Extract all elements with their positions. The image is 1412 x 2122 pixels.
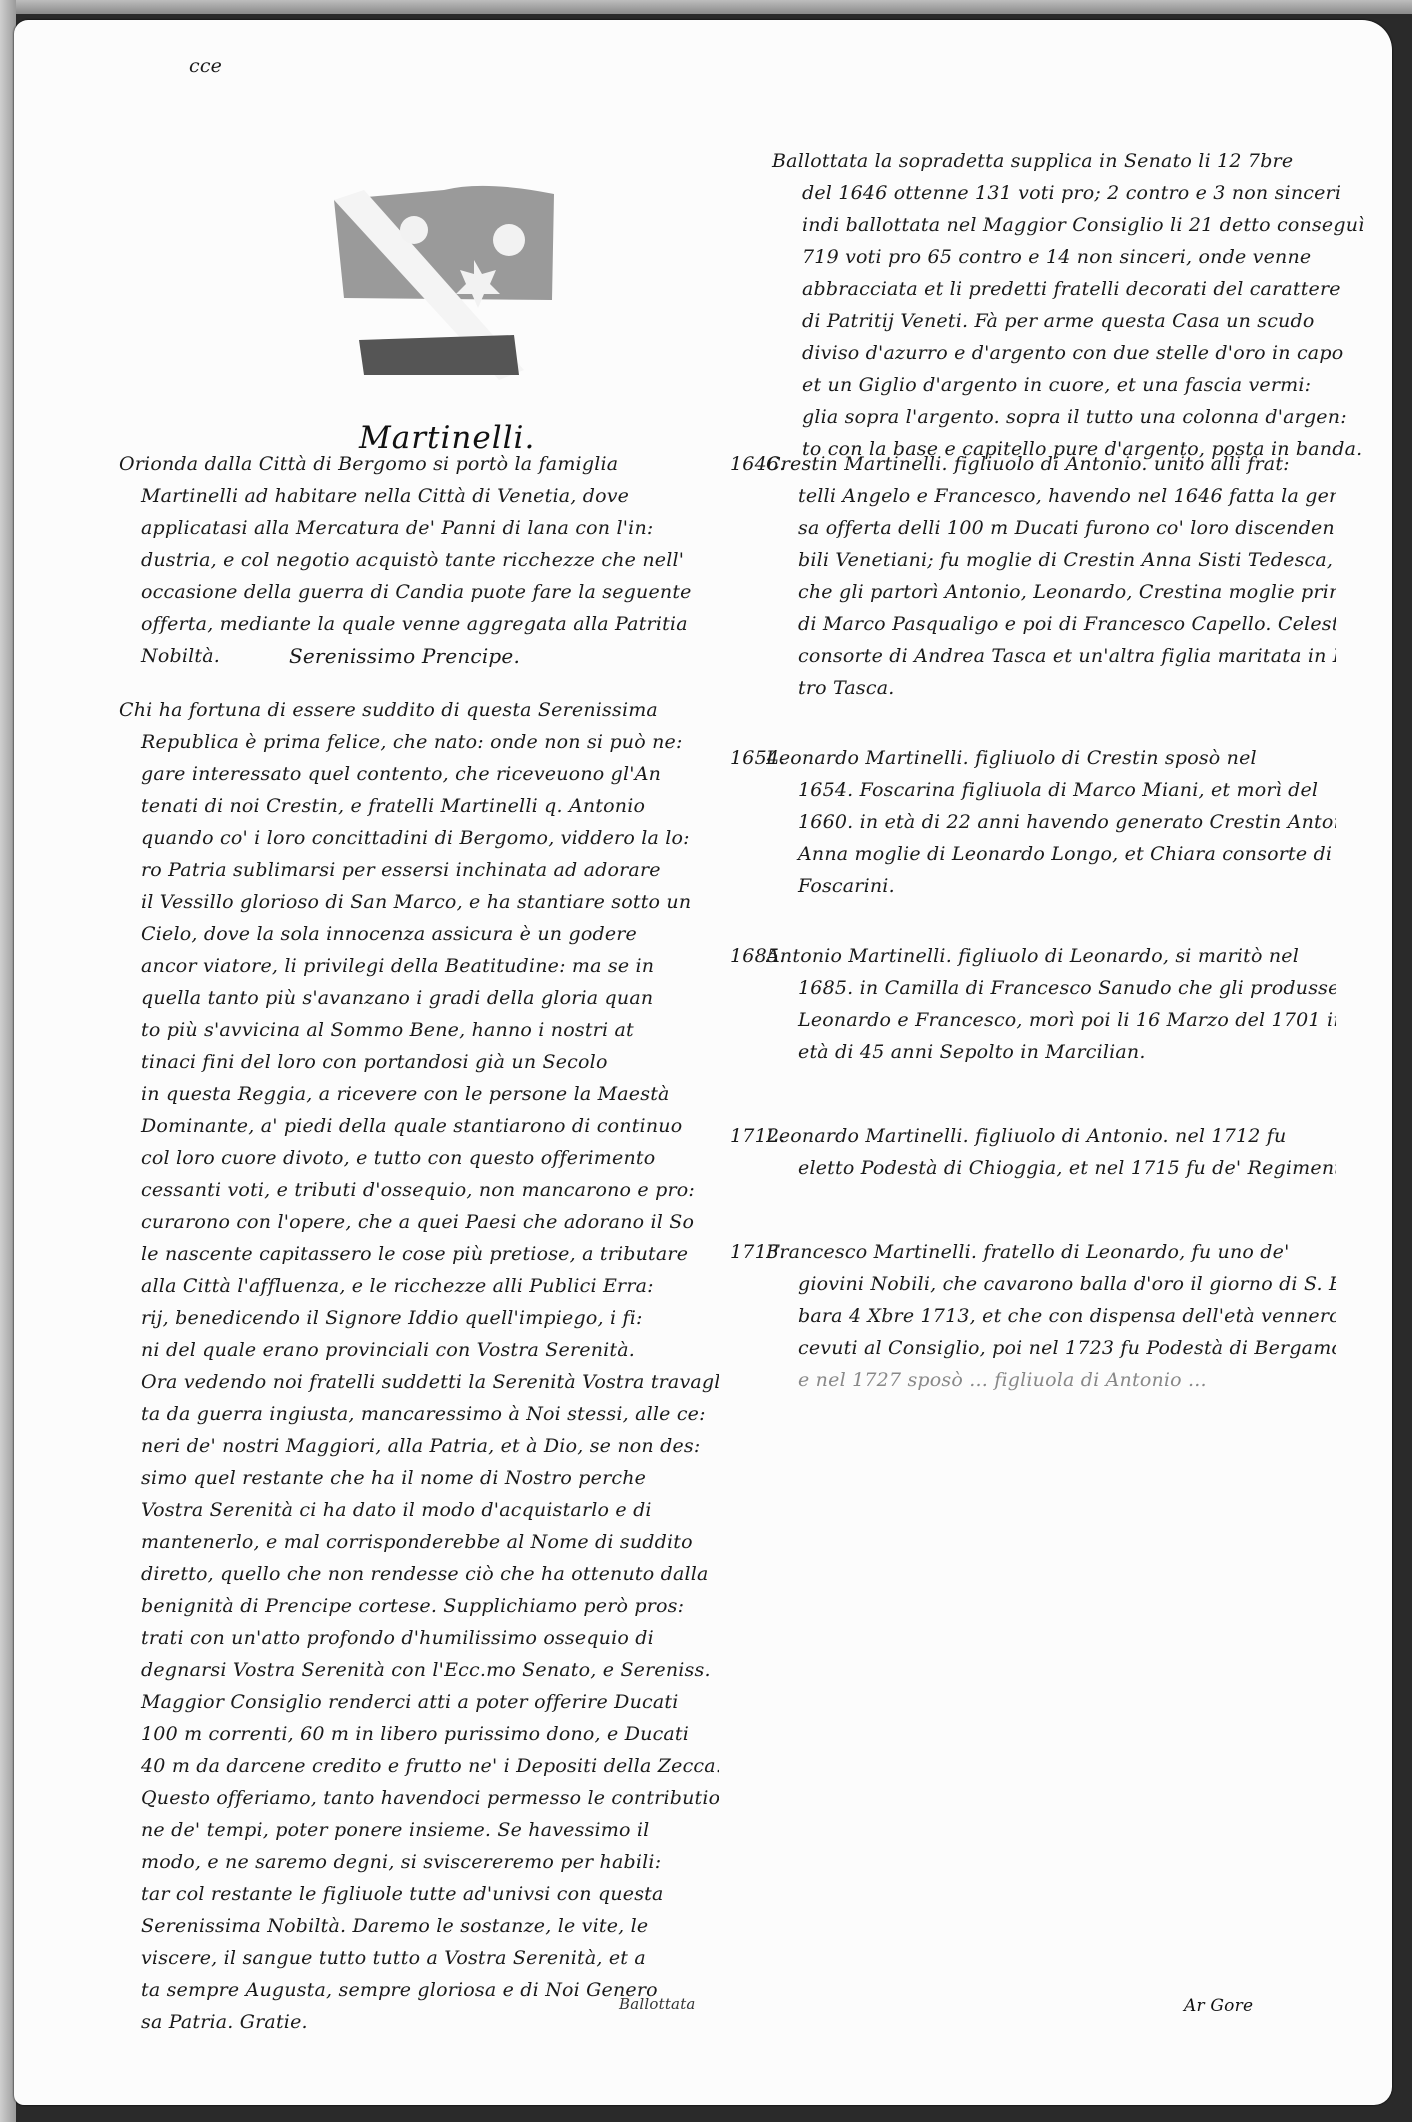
entry-year: 1685. [730, 940, 785, 972]
text-line: gare interessato quel contento, che rice… [119, 758, 719, 790]
text-line: 1660. in età di 22 anni havendo generato… [766, 806, 1336, 838]
text-line: diretto, quello che non rendesse ciò che… [119, 1558, 719, 1590]
text-line: Serenissima Nobiltà. Daremo le sostanze,… [119, 1910, 719, 1942]
text-line: alla Città l'affluenza, e le ricchezze a… [119, 1270, 719, 1302]
text-line: quella tanto più s'avanzano i gradi dell… [119, 982, 719, 1014]
genealogy-entries: 1646. Crestin Martinelli. figliuolo di A… [766, 448, 1336, 1396]
genealogy-entry: 1646. Crestin Martinelli. figliuolo di A… [766, 448, 1336, 704]
text-line: tenati di noi Crestin, e fratelli Martin… [119, 790, 719, 822]
text-line: ne de' tempi, poter ponere insieme. Se h… [119, 1814, 719, 1846]
ballottata-note: Ballottata [619, 1988, 696, 2020]
text-line: consorte di Andrea Tasca et un'altra fig… [766, 640, 1336, 672]
text-line: Anna moglie di Leonardo Longo, et Chiara… [766, 838, 1336, 870]
text-line: di Marco Pasqualigo e poi di Francesco C… [766, 608, 1336, 640]
text-line: Leonardo e Francesco, morì poi li 16 Mar… [766, 1004, 1336, 1036]
text-line: in questa Reggia, a ricevere con le pers… [119, 1078, 719, 1110]
text-line: Foscarini. [766, 870, 1336, 902]
text-line: indi ballottata nel Maggior Consiglio li… [772, 209, 1332, 241]
text-line: modo, e ne saremo degni, si sviscereremo… [119, 1846, 719, 1878]
text-line: 40 m da darcene credito e frutto ne' i D… [119, 1750, 719, 1782]
text-line: Cielo, dove la sola innocenza assicura è… [119, 918, 719, 950]
text-line: neri de' nostri Maggiori, alla Patria, e… [119, 1430, 719, 1462]
text-line: ni del quale erano provinciali con Vostr… [119, 1334, 719, 1366]
text-line: che gli partorì Antonio, Leonardo, Crest… [766, 576, 1336, 608]
text-line: degnarsi Vostra Serenità con l'Ecc.mo Se… [119, 1654, 719, 1686]
text-line: cessanti voti, e tributi d'ossequio, non… [119, 1174, 719, 1206]
text-line: 1654. Foscarina figliuola di Marco Miani… [766, 774, 1336, 806]
text-line: tar col restante le figliuole tutte ad'u… [119, 1878, 719, 1910]
text-line: 100 m correnti, 60 m in libero purissimo… [119, 1718, 719, 1750]
genealogy-entry: 1654. Leonardo Martinelli. figliuolo di … [766, 742, 1336, 902]
text-line: Martinelli ad habitare nella Città di Ve… [119, 480, 719, 512]
text-line: dustria, e col negotio acquistò tante ri… [119, 544, 719, 576]
genealogy-entry: 1713. Francesco Martinelli. fratello di … [766, 1236, 1336, 1396]
text-line: telli Angelo e Francesco, havendo nel 16… [766, 480, 1336, 512]
text-line: occasione della guerra di Candia puote f… [119, 576, 719, 608]
entry-year: 1713. [730, 1236, 785, 1268]
text-line: offerta, mediante la quale venne aggrega… [119, 608, 719, 640]
text-line: trati con un'atto profondo d'humilissimo… [119, 1622, 719, 1654]
text-line: bili Venetiani; fu moglie di Crestin Ann… [766, 544, 1336, 576]
text-line: tro Tasca. [766, 672, 1336, 704]
text-line: ta da guerra ingiusta, mancaressimo à No… [119, 1398, 719, 1430]
text-line: eletto Podestà di Chioggia, et nel 1715 … [766, 1152, 1336, 1184]
text-line: Leonardo Martinelli. figliuolo di Cresti… [766, 742, 1336, 774]
text-line: cevuti al Consiglio, poi nel 1723 fu Pod… [766, 1332, 1336, 1364]
text-line: ro Patria sublimarsi per essersi inchina… [119, 854, 719, 886]
text-line: curarono con l'opere, che a quei Paesi c… [119, 1206, 719, 1238]
catchword: Ar Gore [1184, 1990, 1253, 2022]
genealogy-entry: 1685. Antonio Martinelli. figliuolo di L… [766, 940, 1336, 1068]
text-line: giovini Nobili, che cavarono balla d'oro… [766, 1268, 1336, 1300]
text-line: 1685. in Camilla di Francesco Sanudo che… [766, 972, 1336, 1004]
ballot-record: Ballottata la sopradetta supplica in Sen… [772, 145, 1332, 465]
scan-top-edge [0, 0, 1412, 14]
text-line: Orionda dalla Città di Bergomo si portò … [119, 448, 719, 480]
coat-of-arms-icon [324, 180, 564, 380]
text-line: di Patritij Veneti. Fà per arme questa C… [772, 305, 1332, 337]
text-line: mantenerlo, e mal corrisponderebbe al No… [119, 1526, 719, 1558]
text-line: Ballottata la sopradetta supplica in Sen… [772, 145, 1332, 177]
text-line: Chi ha fortuna di essere suddito di ques… [119, 694, 719, 726]
entry-year: 1712. [730, 1120, 785, 1152]
text-line: quando co' i loro concittadini di Bergom… [119, 822, 719, 854]
text-line: le nascente capitassero le cose più pret… [119, 1238, 719, 1270]
text-line: il Vessillo glorioso di San Marco, e ha … [119, 886, 719, 918]
text-line: sa offerta delli 100 m Ducati furono co'… [766, 512, 1336, 544]
entry-year: 1654. [730, 742, 785, 774]
text-line: et un Giglio d'argento in cuore, et una … [772, 369, 1332, 401]
text-line: viscere, il sangue tutto tutto a Vostra … [119, 1942, 719, 1974]
text-line: Antonio Martinelli. figliuolo di Leonard… [766, 940, 1336, 972]
text-line: Leonardo Martinelli. figliuolo di Antoni… [766, 1120, 1336, 1152]
text-line: col loro cuore divoto, e tutto con quest… [119, 1142, 719, 1174]
text-line: 719 voti pro 65 contro e 14 non sinceri,… [772, 241, 1332, 273]
text-line: Ora vedendo noi fratelli suddetti la Ser… [119, 1366, 719, 1398]
text-line: del 1646 ottenne 131 voti pro; 2 contro … [772, 177, 1332, 209]
text-line: Dominante, a' piedi della quale stantiar… [119, 1110, 719, 1142]
text-line: età di 45 anni Sepolto in Marcilian. [766, 1036, 1336, 1068]
manuscript-page: cce Martinelli. Ballottata la sopradetta… [14, 20, 1392, 2105]
left-column: Orionda dalla Città di Bergomo si portò … [119, 448, 719, 2038]
text-line: glia sopra l'argento. sopra il tutto una… [772, 401, 1332, 433]
text-line: e nel 1727 sposò ... figliuola di Antoni… [766, 1364, 1336, 1396]
text-line: simo quel restante che ha il nome di Nos… [119, 1462, 719, 1494]
text-line: tinaci fini del loro con portandosi già … [119, 1046, 719, 1078]
text-line: Crestin Martinelli. figliuolo di Antonio… [766, 448, 1336, 480]
text-line: applicatasi alla Mercatura de' Panni di … [119, 512, 719, 544]
supplica-paragraph: Chi ha fortuna di essere suddito di ques… [119, 694, 719, 2038]
text-line: ancor viatore, li privilegi della Beatit… [119, 950, 719, 982]
genealogy-entry: 1712. Leonardo Martinelli. figliuolo di … [766, 1120, 1336, 1184]
text-line: Questo offeriamo, tanto havendoci permes… [119, 1782, 719, 1814]
text-line: rij, benedicendo il Signore Iddio quell'… [119, 1302, 719, 1334]
text-line: Maggior Consiglio renderci atti a poter … [119, 1686, 719, 1718]
text-line: to più s'avvicina al Sommo Bene, hanno i… [119, 1014, 719, 1046]
text-line: bara 4 Xbre 1713, et che con dispensa de… [766, 1300, 1336, 1332]
corner-mark: cce [189, 50, 222, 82]
text-line: Vostra Serenità ci ha dato il modo d'acq… [119, 1494, 719, 1526]
text-line: Francesco Martinelli. fratello di Leonar… [766, 1236, 1336, 1268]
entry-year: 1646. [730, 448, 785, 480]
text-line: abbracciata et li predetti fratelli deco… [772, 273, 1332, 305]
text-line: diviso d'azurro e d'argento con due stel… [772, 337, 1332, 369]
text-line: Republica è prima felice, che nato: onde… [119, 726, 719, 758]
text-line: benignità di Prencipe cortese. Supplichi… [119, 1590, 719, 1622]
intro-paragraph: Orionda dalla Città di Bergomo si portò … [119, 448, 719, 672]
